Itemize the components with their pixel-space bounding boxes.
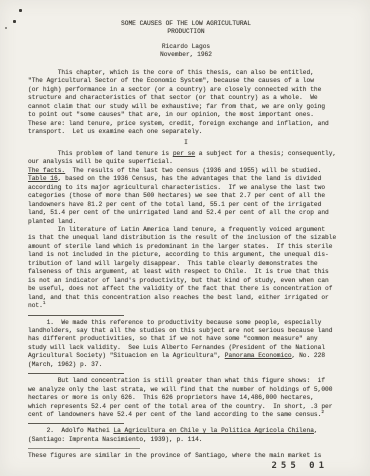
scan-speck: [13, 20, 16, 23]
page-stamp: 255 01: [28, 462, 328, 470]
author-name: Ricardo Lagos: [28, 43, 344, 51]
separator-rule: [28, 423, 124, 424]
paragraph: But land concentration is still greater …: [28, 377, 344, 419]
separator-rule: [28, 373, 124, 374]
scan-speck: [19, 9, 22, 12]
continuation-text: These figures are similar in the provinc…: [28, 452, 344, 460]
page-footer: These figures are similar in the provinc…: [28, 452, 344, 470]
footnote: 1. We made this reference to productivit…: [28, 319, 344, 370]
document-title: SOME CAUSES OF THE LOW AGRICULTURAL PROD…: [28, 20, 344, 37]
section-heading: I: [28, 139, 344, 147]
document-body: This chapter, which is the core of this …: [28, 69, 344, 450]
title-line-1: SOME CAUSES OF THE LOW AGRICULTURAL: [28, 20, 344, 28]
paragraph: In literature of Latin America land tenu…: [28, 226, 344, 311]
paragraph: This chapter, which is the core of this …: [28, 69, 344, 137]
scan-speck: [5, 27, 7, 29]
document-date: November, 1962: [28, 51, 344, 59]
footnote: 2. Adolfo Mathei La Agricultura en Chile…: [28, 427, 344, 444]
paragraph: This problem of land tenure is per se a …: [28, 150, 344, 226]
separator-rule: [28, 448, 140, 449]
document-page: SOME CAUSES OF THE LOW AGRICULTURAL PROD…: [0, 0, 370, 476]
separator-rule: [28, 315, 124, 316]
title-line-2: PRODUCTION: [28, 28, 344, 36]
byline: Ricardo Lagos November, 1962: [28, 43, 344, 60]
